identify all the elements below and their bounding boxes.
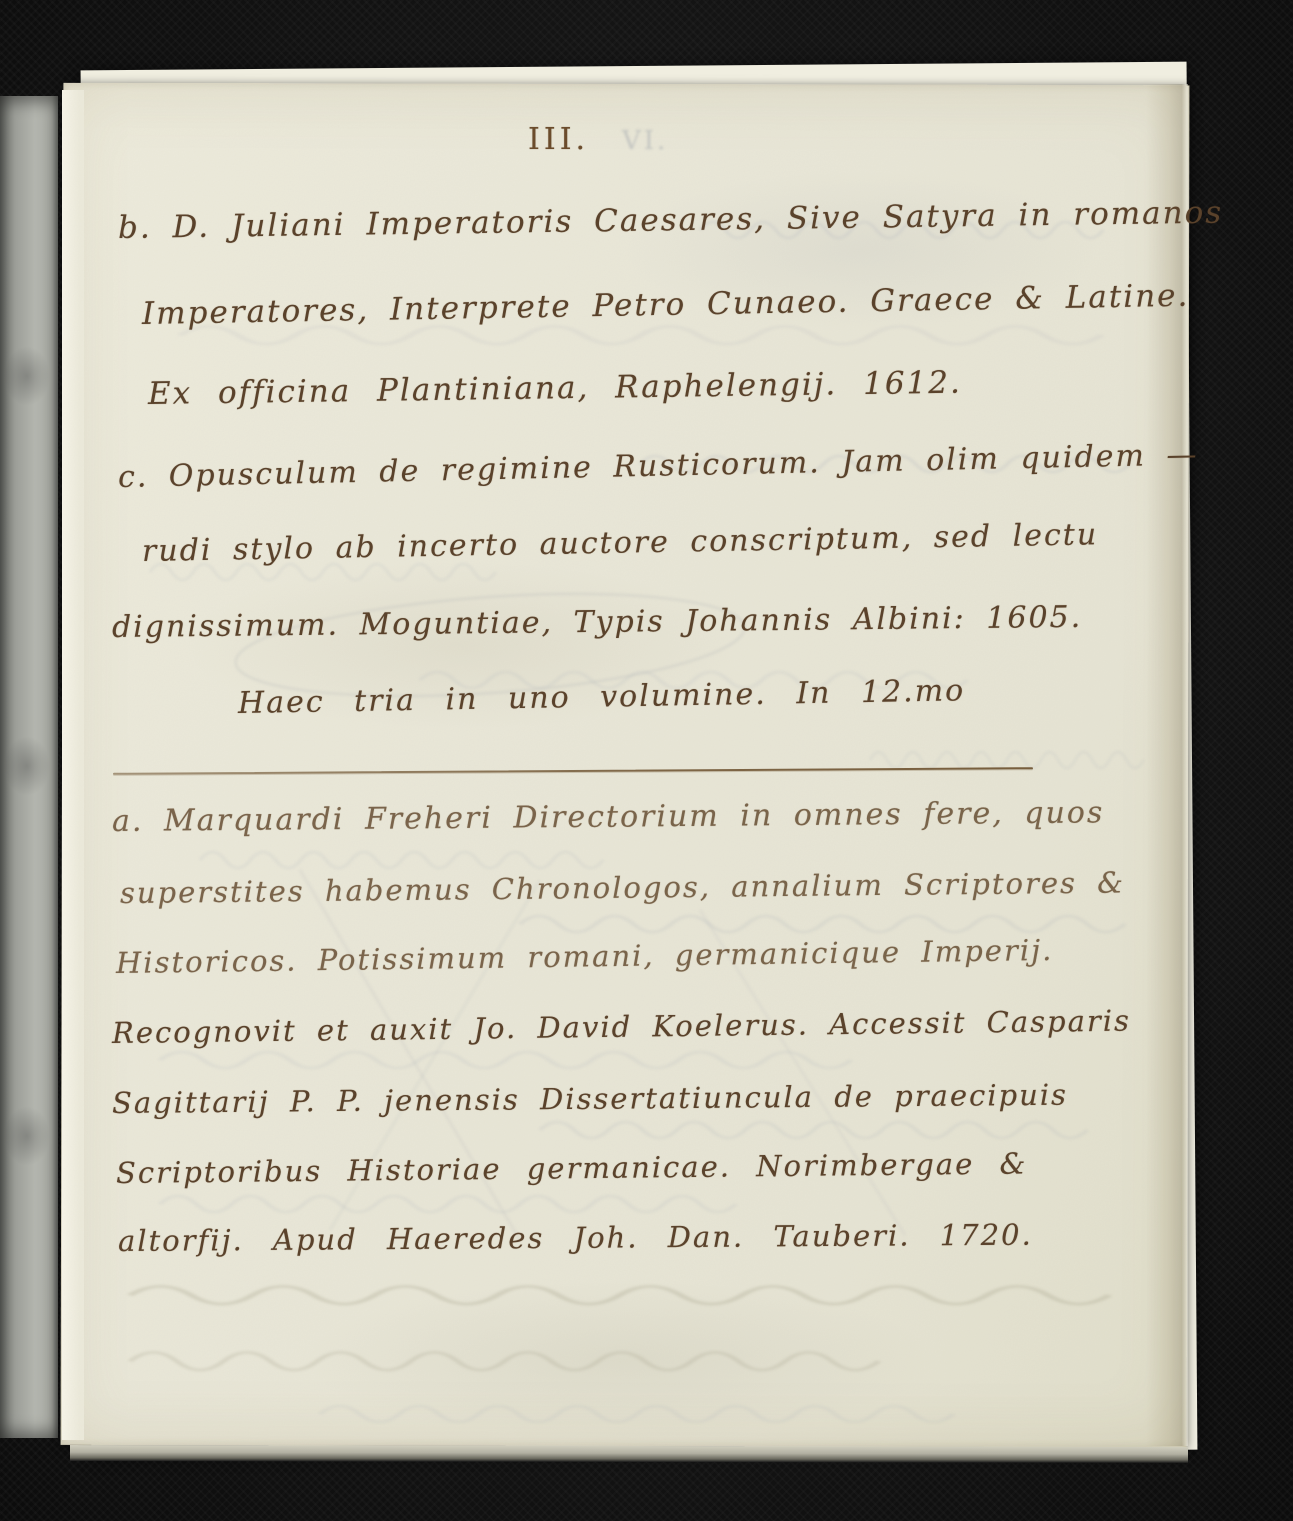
page-edge-smudge [4, 346, 50, 406]
page-edge-smudge [4, 1106, 50, 1166]
bleedthrough-page-number: VI. [622, 126, 668, 156]
scanned-book-photo: III. VI. b. D. Juliani Imperatoris Caesa… [0, 0, 1293, 1521]
page-number: III. [528, 122, 589, 157]
page-left-highlight-edge [62, 90, 84, 1440]
page-edge-smudge [4, 736, 50, 796]
page-stack-bottom-edge [70, 1445, 1188, 1463]
handwritten-line-14: altorfij. Apud Haeredes Joh. Dan. Tauber… [118, 1218, 1033, 1258]
adjacent-page-edge [0, 96, 58, 1438]
